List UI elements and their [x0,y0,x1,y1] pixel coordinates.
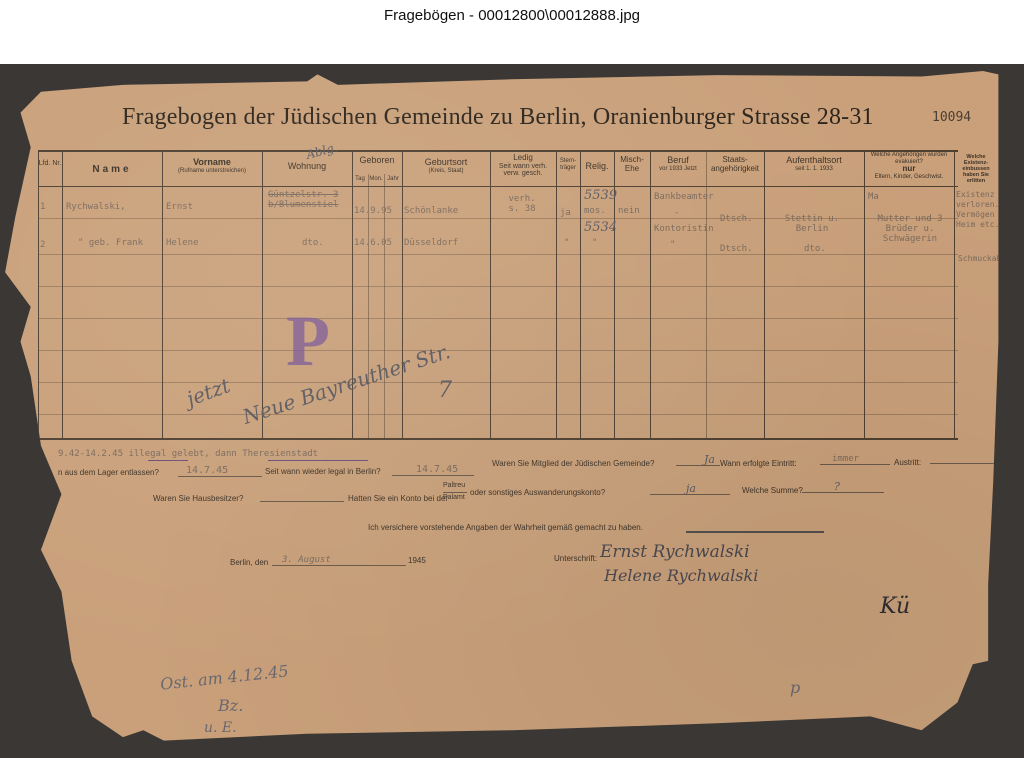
row1-gemeinde-nr: 5539 [584,188,617,203]
camp-released-label: n aus dem Lager entlassen? [58,468,159,477]
col-rule [352,150,353,440]
col-rule [864,150,865,440]
row1-existenz: Existenz verloren. Vermögen Heim etc. [956,190,1002,230]
stamp-p: P [286,300,330,383]
row1-beruf-vor: Bankbeamter [654,192,714,202]
member-blank [676,465,720,466]
sum-blank [802,492,884,493]
header-ledig: LedigSeit wann verh. verw. gesch. [490,154,556,178]
place-date-prefix: Berlin, den [230,558,268,567]
underline-illegal [148,460,188,461]
col-rule [38,150,39,440]
col-rule [556,150,557,440]
header-mon: Mon. [368,176,384,183]
place-date-value: 3. August [282,555,331,565]
header-name: Name [62,164,162,175]
row1-mischehe: nein [618,206,640,216]
row2-beruf-jetzt: " [670,240,675,250]
row-rule [38,350,958,351]
account-blank [650,494,730,495]
header-aufenthaltsort: Aufenthaltsortseit 1. 1. 1933 [764,156,864,172]
row1-evakuiert: Mutter und 3 Brüder u. Schwägerin [866,214,954,244]
homeowner-label: Waren Sie Hausbesitzer? [153,494,243,503]
row1-vorname: Ernst [166,202,193,212]
row-rule [38,414,958,415]
row2-gemeinde-nr: 5534 [584,220,617,235]
row1-wohnung: Güntzelstr. 3 b/Blumenstiel [268,190,350,210]
row-rule [38,382,958,383]
viewer-title: Fragebögen - 00012800\00012888.jpg [0,0,1024,32]
col-rule [62,150,63,440]
handnote-address: Neue Bayreuther Str. [240,339,454,429]
row2-geboren: 14.6.05 [354,238,392,248]
place-date-year: 1945 [408,556,426,565]
camp-released-value: 14.7.45 [186,465,228,476]
col-rule [262,150,263,440]
row-rule [38,254,958,255]
row1-aufenthaltsort: Stettin u. Berlin [780,214,844,234]
row2-vorname: Helene [166,238,199,248]
handnote-abmeldung: Ablg. [305,140,339,162]
handnote-seven: 7 [438,378,452,403]
col-rule [954,150,955,440]
legal-since-value: 14.7.45 [416,464,458,475]
row1-name: Rychwalski, [66,202,126,212]
row2-sterntraeger: " [564,238,569,248]
date-blank [272,565,406,566]
illegal-note: 9.42-14.2.45 illegal gelebt, dann Theres… [58,449,318,459]
account-label-post: oder sonstiges Auswanderungskonto? [470,488,605,497]
handnote-jetzt: jetzt [183,373,233,411]
document-number: 10094 [932,110,971,125]
header-lfd-nr: Lfd. Nr. [38,160,62,168]
header-mischehe: Misch-Ehe [614,156,650,174]
row2-staatsangehoerigkeit: Dtsch. [720,244,753,254]
underline-theresienstadt [268,460,368,461]
document-title: Fragebogen der Jüdischen Gemeinde zu Ber… [122,104,874,131]
col-rule [580,150,581,440]
row1-lfd-nr: 1 [40,202,45,212]
table-top-rule [38,150,958,152]
header-evakuiert: Welche Angehörigen wurden evakuiert?nurE… [864,152,954,181]
row1-ledig: verh. s. 38 [504,194,540,214]
header-geboren: Geboren [352,156,402,166]
row2-wohnung: dto. [302,238,324,248]
header-sterntraeger: Stern-träger [556,158,580,171]
account-option-palamt: Palamt [443,494,465,501]
scanned-document-image: Fragebogen der Jüdischen Gemeinde zu Ber… [0,64,1024,758]
header-bottom-rule [38,186,958,187]
entry-label: Wann erfolgte Eintritt: [720,459,797,468]
paper-sheet: Fragebogen der Jüdischen Gemeinde zu Ber… [0,64,1024,758]
account-label-pre: Hatten Sie ein Konto bei der [348,494,448,503]
row2-name: " geb. Frank [78,238,143,248]
signature-top-line [686,531,824,533]
row2-lfd-nr: 2 [40,240,45,250]
camp-released-blank [178,476,262,477]
entry-blank [820,464,890,465]
header-jahr: Jahr [384,176,402,183]
account-option-paltreu: Paltreu [443,482,465,489]
signature-ernst: Ernst Rychwalski [600,542,750,562]
header-vorname: Vorname(Rufname unterstreichen) [162,158,262,174]
margin-note-p: p [790,678,800,697]
col-rule [402,150,403,440]
table-bottom-rule [38,438,958,440]
row1-beruf-jetzt: - [674,208,679,218]
row1-geboren: 14.9.95 [354,206,392,216]
row1-relig: mos. [584,206,606,216]
col-rule [490,150,491,440]
col-rule [162,150,163,440]
homeowner-blank [260,501,344,502]
legal-since-label: Seit wann wieder legal in Berlin? [265,467,381,476]
row-rule [38,318,958,319]
margin-note-bz: Bz. [218,696,243,715]
legal-since-blank [392,475,474,476]
margin-note-kue: Kü [880,594,910,619]
member-label: Waren Sie Mitglied der Jüdischen Gemeind… [492,459,654,468]
header-existenz: Welche Existenz-einbussen haben Sie erli… [954,154,998,184]
option-divider [443,492,467,493]
signature-helene: Helene Rychwalski [604,566,758,585]
row1-evakuiert-mark: Ma [868,192,879,202]
header-beruf: Berufvor 1933 Jetzt [650,156,706,172]
declaration-text: Ich versichere vorstehende Angaben der W… [368,523,643,532]
row1-geburtsort: Schönlanke [404,206,458,216]
exit-label: Austritt: [894,458,921,467]
col-rule [650,150,651,440]
header-tag: Tag [352,176,368,183]
questionnaire-table: Lfd. Nr. Name Vorname(Rufname unterstrei… [38,150,1023,440]
exit-blank [930,463,1006,464]
row2-beruf-vor: Kontoristin [654,224,714,234]
entry-value: immer [832,454,859,464]
header-geburtsort: Geburtsort(Kreis, Staat) [402,158,490,174]
sum-label: Welche Summe? [742,486,803,495]
row2-geburtsort: Düsseldorf [404,238,458,248]
header-relig: Relig. [580,162,614,172]
row1-sterntraeger: ja [560,208,571,218]
row1-staatsangehoerigkeit: Dtsch. [720,214,753,224]
margin-note-ue: u. E. [204,720,237,736]
row2-relig: " [592,238,597,248]
signature-label: Unterschrift: [554,554,597,563]
margin-note-date: Ost. am 4.12.45 [159,661,289,693]
col-rule [764,150,765,440]
header-staatsangehoerigkeit: Staats-angehörigkeit [706,156,764,174]
row-rule [38,286,958,287]
header-wohnung: Wohnung [262,162,352,172]
row2-aufenthaltsort: dto. [804,244,826,254]
row2-existenz: Schmuckabgabe [958,254,1004,264]
